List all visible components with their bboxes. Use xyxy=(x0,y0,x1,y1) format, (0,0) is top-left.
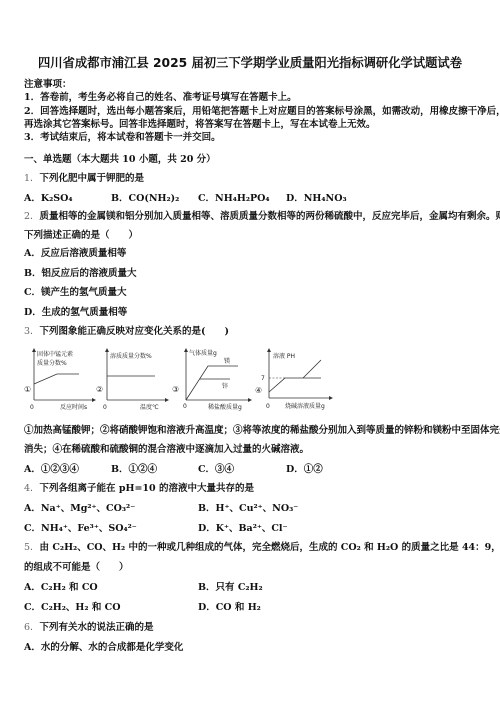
notice-heading: 注意事项： xyxy=(24,79,72,91)
graph-1-ylabel-2: 质量分数% xyxy=(37,359,67,367)
page-title: 四川省成都市浦江县 2025 届初三下学期学业质量阳光指标调研化学试题试卷 xyxy=(0,53,500,71)
question-5-cont: 的组成不可能是（ ） xyxy=(24,562,129,574)
graph-2: 溶质质量分数% ② 0 温度℃ xyxy=(95,348,170,410)
question-number: 4． xyxy=(24,483,40,494)
graph-4-ylabel: 溶液 PH xyxy=(273,352,295,360)
graph-3-origin: 0 xyxy=(183,403,187,410)
question-text: 下列化肥中属于钾肥的是 xyxy=(40,173,145,184)
notice-2: 2．回答选择题时，选出每小题答案后，用铅笔把答题卡上对应题目的答案标号涂黑，如需… xyxy=(24,106,500,118)
question-2-cont: 下列描述正确的是（ ） xyxy=(24,230,138,242)
graph-4-origin: 0 xyxy=(266,403,270,410)
question-3-desc-cont: 消失；④在稀硫酸和硫酸铜的混合溶液中逐滴加入过量的火碱溶液。 xyxy=(24,444,309,456)
graph-1-origin: 0 xyxy=(30,404,34,411)
q2-option-a: A．反应后溶液质量相等 xyxy=(24,248,126,260)
q5-option-d: D．CO 和 H₂ xyxy=(198,602,261,614)
graph-2-origin: 0 xyxy=(103,404,107,411)
notice-1: 1．答卷前，考生务必将自己的姓名、准考证号填写在答题卡上。 xyxy=(24,92,297,104)
q2-option-d: D．生成的氢气质量相等 xyxy=(24,307,127,319)
section-heading: 一、单选题（本大题共 10 小题，共 20 分） xyxy=(24,154,216,166)
question-3: 3．下列图象能正确反映对应变化关系的是( ) xyxy=(24,326,229,338)
q3-option-a: A．①②③④ xyxy=(24,464,79,476)
q1-option-d: D．NH₄NO₃ xyxy=(286,193,347,205)
graph-3-curve-zn: 锌 xyxy=(222,382,228,390)
notice-3: 3．考试结束后，将本试卷和答题卡一并交回。 xyxy=(24,132,221,144)
question-number: 3． xyxy=(24,326,40,337)
question-number: 2． xyxy=(24,211,40,222)
graph-1-ylabel: 固体中锰元素 xyxy=(37,350,73,358)
q4-option-b: B．H⁺、Cu²⁺、NO₃⁻ xyxy=(198,503,298,515)
graph-1-marker: ① xyxy=(24,385,31,394)
q1-option-b: B．CO(NH₂)₂ xyxy=(111,193,179,205)
question-3-desc: ①加热高锰酸钾；②将硝酸钾饱和溶液升高温度；③将等浓度的稀盐酸分别加入到等质量的… xyxy=(24,425,500,437)
q5-option-b: B．只有 C₂H₂ xyxy=(198,582,263,594)
graph-3-marker: ③ xyxy=(172,385,179,394)
q5-option-c: C．C₂H₂、H₂ 和 CO xyxy=(24,602,121,614)
question-text: 下列图象能正确反映对应变化关系的是( ) xyxy=(40,326,230,337)
q4-option-c: C．NH₄⁺、Fe³⁺、SO₄²⁻ xyxy=(24,523,137,535)
notice-2-cont: 再选涂其它答案标号。回答非选择题时，将答案写在答题卡上，写在本试卷上无效。 xyxy=(24,119,376,131)
q3-option-b: B．①②④ xyxy=(111,464,157,476)
q1-option-a: A．K₂SO₄ xyxy=(24,193,73,205)
graph-1-xlabel: 反应时间s xyxy=(60,403,87,411)
graph-4-marker: ④ xyxy=(255,386,262,395)
q4-option-d: D．K⁺、Ba²⁺、Cl⁻ xyxy=(198,523,288,535)
question-6: 6．下列有关水的说法正确的是 xyxy=(24,622,154,634)
graph-3-xlabel: 稀盐酸质量g xyxy=(208,403,242,411)
graph-2-marker: ② xyxy=(96,385,103,394)
graph-3-ylabel: 气体质量g xyxy=(189,349,217,357)
q4-option-a: A．Na⁺、Mg²⁺、CO₃²⁻ xyxy=(24,503,135,515)
q3-option-c: C．③④ xyxy=(198,464,234,476)
graph-1: 固体中锰元素 质量分数% ① 0 反应时间s xyxy=(22,348,97,410)
question-text: 由 C₂H₂、CO、H₂ 中的一种或几种组成的气体，完全燃烧后，生成的 CO₂ … xyxy=(40,542,500,553)
q3-option-d: D．①② xyxy=(286,464,323,476)
question-number: 5． xyxy=(24,542,40,553)
graph-4: 溶液 PH 7 ④ 0 烧碱溶液质量g xyxy=(255,348,335,410)
q1-option-c: C．NH₄H₂PO₄ xyxy=(198,193,270,205)
graph-2-xlabel: 温度℃ xyxy=(140,403,159,411)
question-number: 6． xyxy=(24,622,40,633)
question-text: 质量相等的金属镁和铝分别加入质量相等、溶质质量分数相等的两份稀硫酸中，反应完毕后… xyxy=(40,211,500,222)
question-2: 2．质量相等的金属镁和铝分别加入质量相等、溶质质量分数相等的两份稀硫酸中，反应完… xyxy=(24,211,500,223)
question-number: 1． xyxy=(24,173,40,184)
q2-option-c: C．镁产生的氢气质量大 xyxy=(24,287,127,299)
question-4: 4．下列各组离子能在 pH=10 的溶液中大量共存的是 xyxy=(24,483,254,495)
q2-option-b: B．铝反应后的溶液质量大 xyxy=(24,268,137,280)
question-text: 下列各组离子能在 pH=10 的溶液中大量共存的是 xyxy=(40,483,254,494)
graph-4-xlabel: 烧碱溶液质量g xyxy=(285,402,325,410)
question-5: 5．由 C₂H₂、CO、H₂ 中的一种或几种组成的气体，完全燃烧后，生成的 CO… xyxy=(24,542,500,554)
graph-3-curve-mg: 镁 xyxy=(224,357,230,365)
q6-option-a: A．水的分解、水的合成都是化学变化 xyxy=(24,642,183,654)
graph-4-tick-7: 7 xyxy=(261,375,265,382)
question-text: 下列有关水的说法正确的是 xyxy=(40,622,154,633)
graph-2-ylabel: 溶质质量分数% xyxy=(110,352,152,360)
question-1: 1．下列化肥中属于钾肥的是 xyxy=(24,173,144,185)
graph-3: 气体质量g 镁 锌 ③ 0 稀盐酸质量g xyxy=(172,348,252,410)
q5-option-a: A．C₂H₂ 和 CO xyxy=(24,582,98,594)
